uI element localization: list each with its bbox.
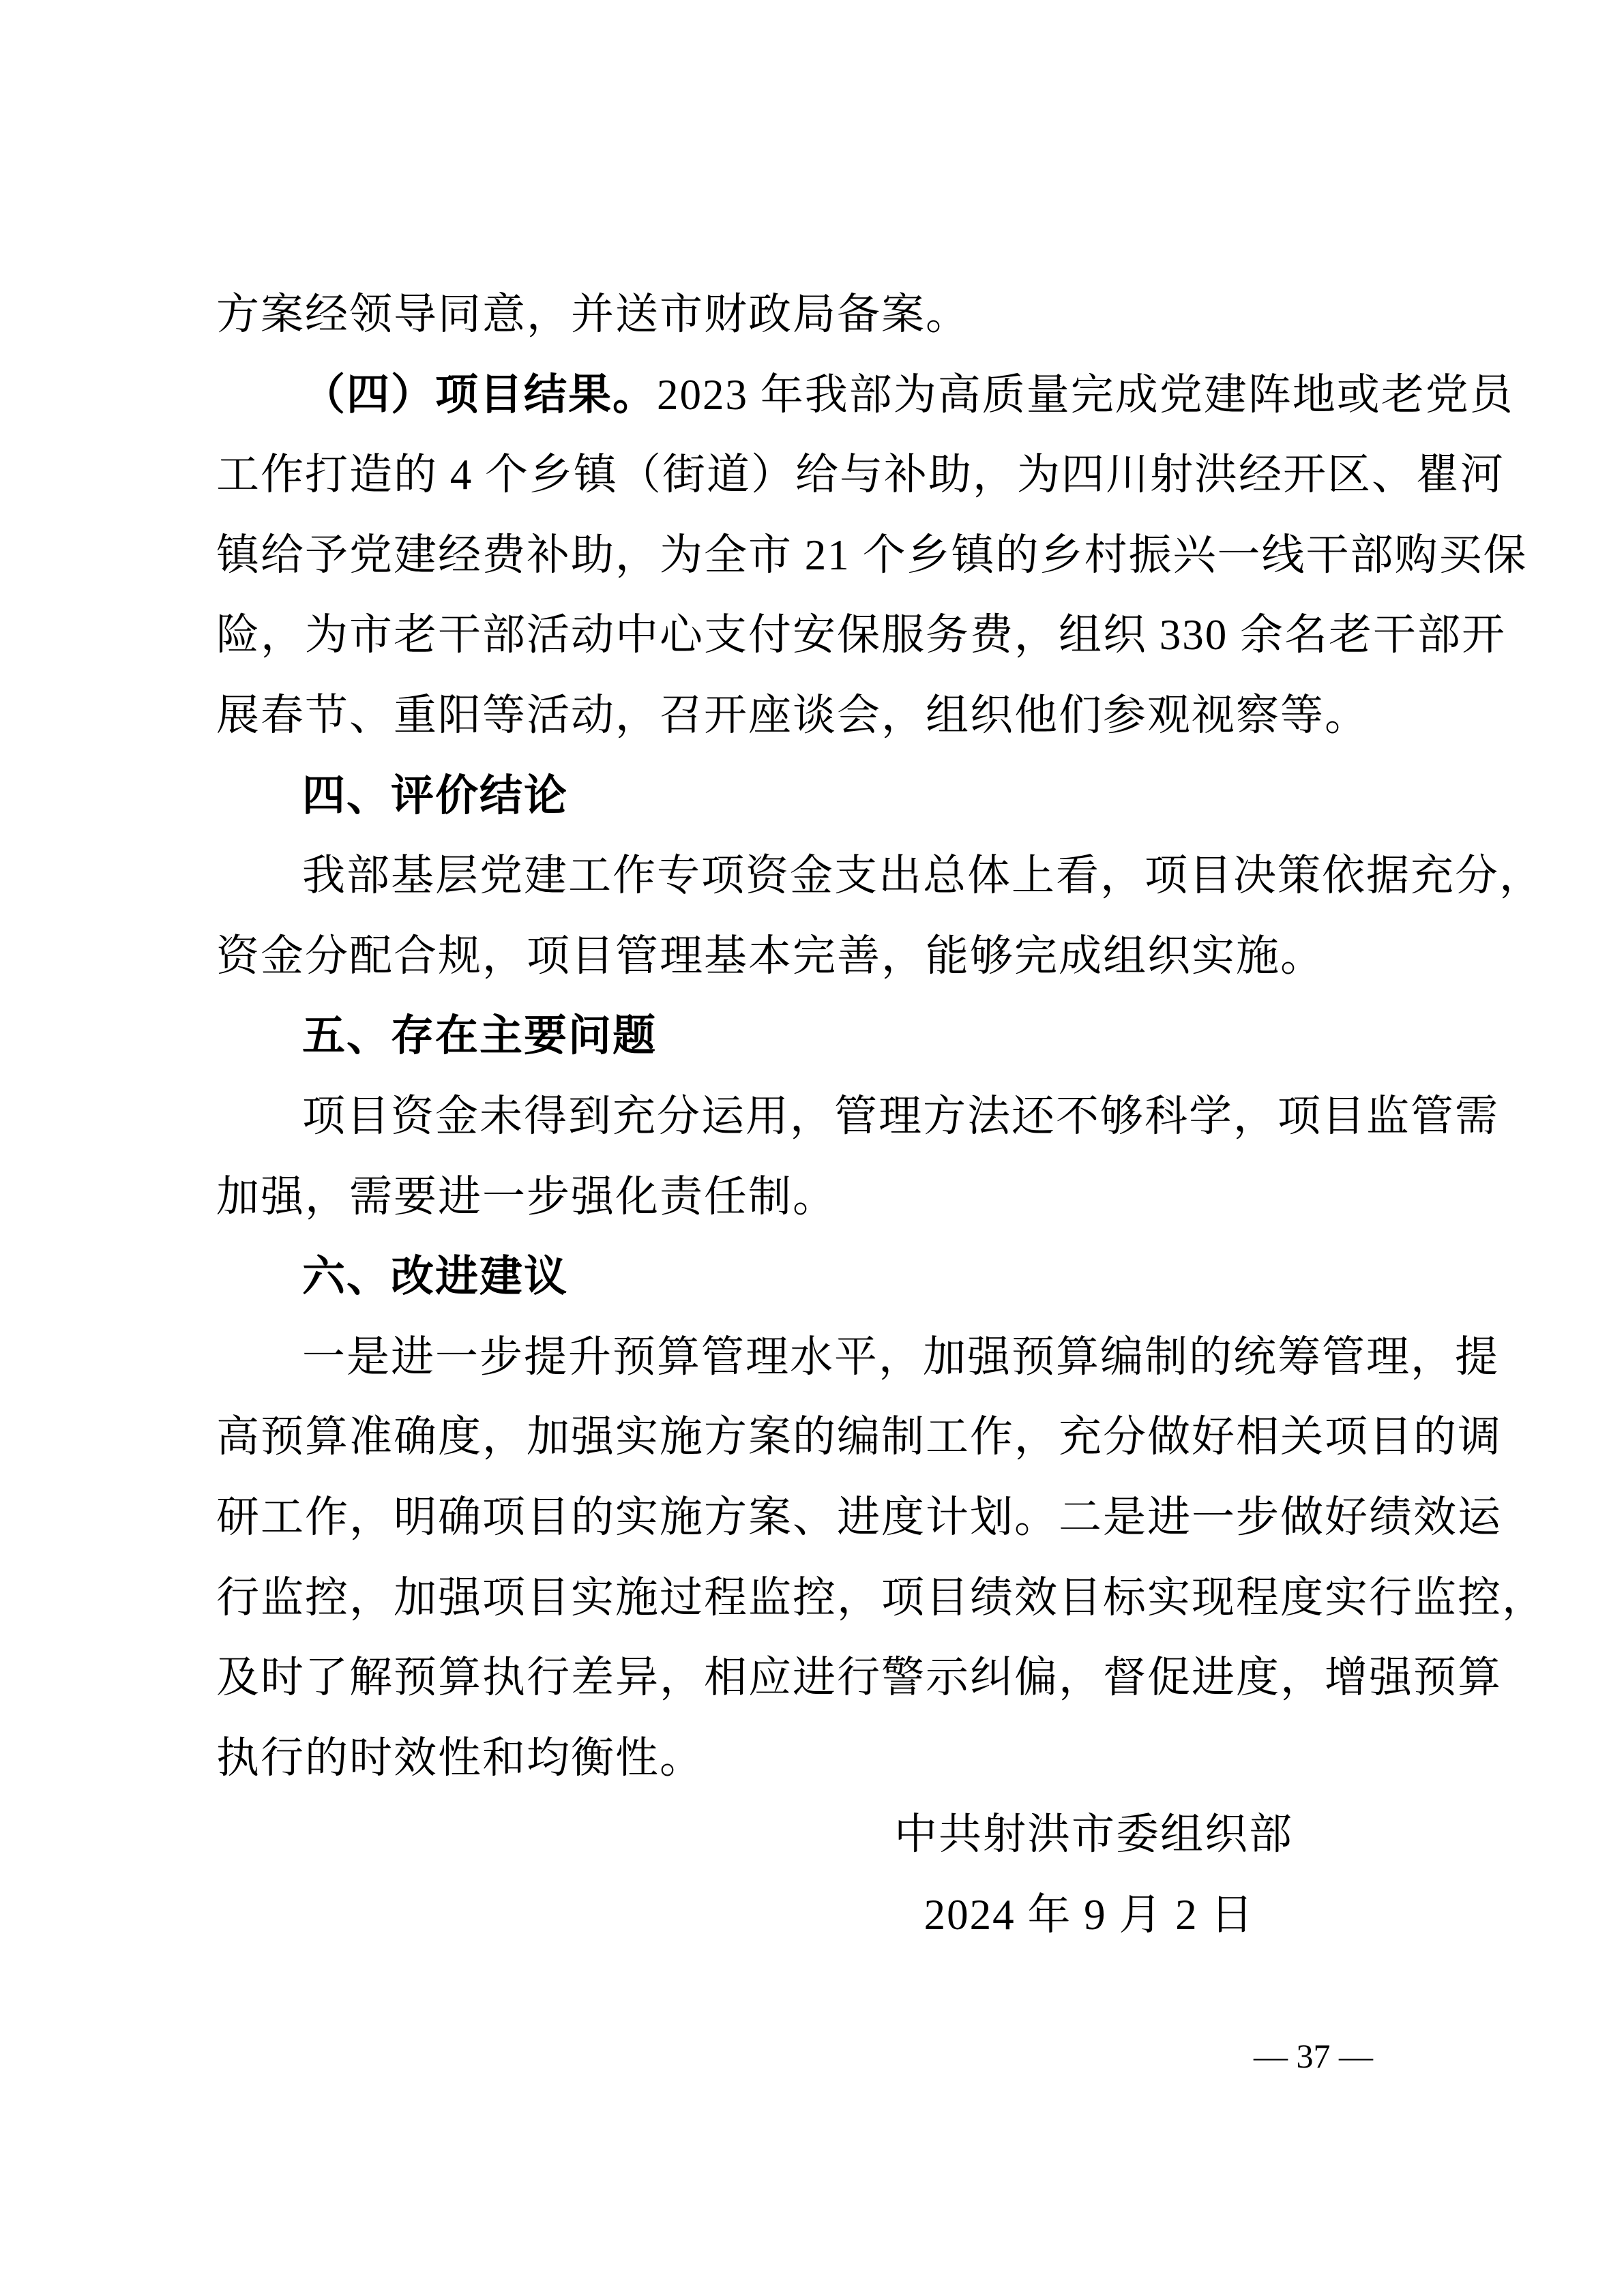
text-run: 及时了解预算执行差异，相应进行警示纠偏，督促进度，增强预算 — [216, 1654, 1502, 1701]
text-run: 镇给予党建经费补助，为全市 21 个乡镇的乡村振兴一线干部购买保 — [216, 531, 1528, 579]
text-run: 高预算准确度，加强实施方案的编制工作，充分做好相关项目的调 — [216, 1413, 1502, 1461]
text-line: 及时了解预算执行差异，相应进行警示纠偏，督促进度，增强预算 — [216, 1638, 1485, 1718]
text-line: 展春节、重阳等活动，召开座谈会，组织他们参观视察等。 — [216, 676, 1485, 756]
bold-text-run: 四、评价结论 — [302, 772, 568, 820]
signature-block: 中共射洪市委组织部 2024 年 9 月 2 日 — [894, 1795, 1284, 1955]
text-line: 高预算准确度，加强实施方案的编制工作，充分做好相关项目的调 — [216, 1397, 1485, 1478]
text-line: 资金分配合规，项目管理基本完善，能够完成组织实施。 — [216, 916, 1485, 997]
text-line: 一是进一步提升预算管理水平，加强预算编制的统筹管理，提 — [216, 1317, 1485, 1398]
text-line: 加强，需要进一步强化责任制。 — [216, 1157, 1485, 1238]
text-line: 研工作，明确项目的实施方案、进度计划。二是进一步做好绩效运 — [216, 1478, 1485, 1558]
text-line: 行监控，加强项目实施过程监控，项目绩效目标实现程度实行监控， — [216, 1558, 1485, 1639]
text-run: 资金分配合规，项目管理基本完善，能够完成组织实施。 — [216, 932, 1325, 980]
text-run: 行监控，加强项目实施过程监控，项目绩效目标实现程度实行监控， — [216, 1574, 1546, 1622]
text-run: 2023 年我部为高质量完成党建阵地或老党员 — [657, 371, 1514, 419]
document-page: 方案经领导同意，并送市财政局备案。（四）项目结果。2023 年我部为高质量完成党… — [0, 0, 1624, 2296]
page-number: — 37 — — [1254, 2036, 1373, 2076]
text-line: 险，为市老干部活动中心支付安保服务费，组织 330 余名老干部开 — [216, 595, 1485, 676]
bold-text-run: 五、存在主要问题 — [302, 1012, 657, 1060]
text-line: 工作打造的 4 个乡镇（街道）给与补助，为四川射洪经开区、瞿河 — [216, 435, 1485, 516]
text-line: （四）项目结果。2023 年我部为高质量完成党建阵地或老党员 — [216, 355, 1485, 436]
text-line: 镇给予党建经费补助，为全市 21 个乡镇的乡村振兴一线干部购买保 — [216, 516, 1485, 596]
text-line: 项目资金未得到充分运用，管理方法还不够科学，项目监管需 — [216, 1077, 1485, 1157]
bold-text-run: （四）项目结果。 — [302, 371, 657, 419]
text-run: 研工作，明确项目的实施方案、进度计划。二是进一步做好绩效运 — [216, 1493, 1502, 1541]
text-run: 一是进一步提升预算管理水平，加强预算编制的统筹管理，提 — [302, 1333, 1499, 1381]
text-line: 方案经领导同意，并送市财政局备案。 — [216, 275, 1485, 355]
section-heading: 四、评价结论 — [216, 756, 1485, 837]
text-run: 险，为市老干部活动中心支付安保服务费，组织 330 余名老干部开 — [216, 611, 1506, 659]
text-run: 工作打造的 4 个乡镇（街道）给与补助，为四川射洪经开区、瞿河 — [216, 451, 1505, 498]
text-run: 项目资金未得到充分运用，管理方法还不够科学，项目监管需 — [302, 1092, 1499, 1140]
bold-text-run: 六、改进建议 — [302, 1253, 568, 1300]
text-line: 我部基层党建工作专项资金支出总体上看，项目决策依据充分， — [216, 836, 1485, 916]
signature-org: 中共射洪市委组织部 — [894, 1795, 1284, 1875]
text-run: 方案经领导同意，并送市财政局备案。 — [216, 290, 970, 338]
text-run: 加强，需要进一步强化责任制。 — [216, 1173, 837, 1221]
text-run: 展春节、重阳等活动，召开座谈会，组织他们参观视察等。 — [216, 691, 1369, 739]
section-heading: 五、存在主要问题 — [216, 996, 1485, 1077]
section-heading: 六、改进建议 — [216, 1237, 1485, 1317]
text-run: 执行的时效性和均衡性。 — [216, 1734, 704, 1782]
text-line: 执行的时效性和均衡性。 — [216, 1718, 1485, 1799]
text-block: 方案经领导同意，并送市财政局备案。（四）项目结果。2023 年我部为高质量完成党… — [216, 275, 1485, 1798]
text-run: 我部基层党建工作专项资金支出总体上看，项目决策依据充分， — [302, 852, 1544, 899]
signature-date: 2024 年 9 月 2 日 — [894, 1875, 1284, 1956]
